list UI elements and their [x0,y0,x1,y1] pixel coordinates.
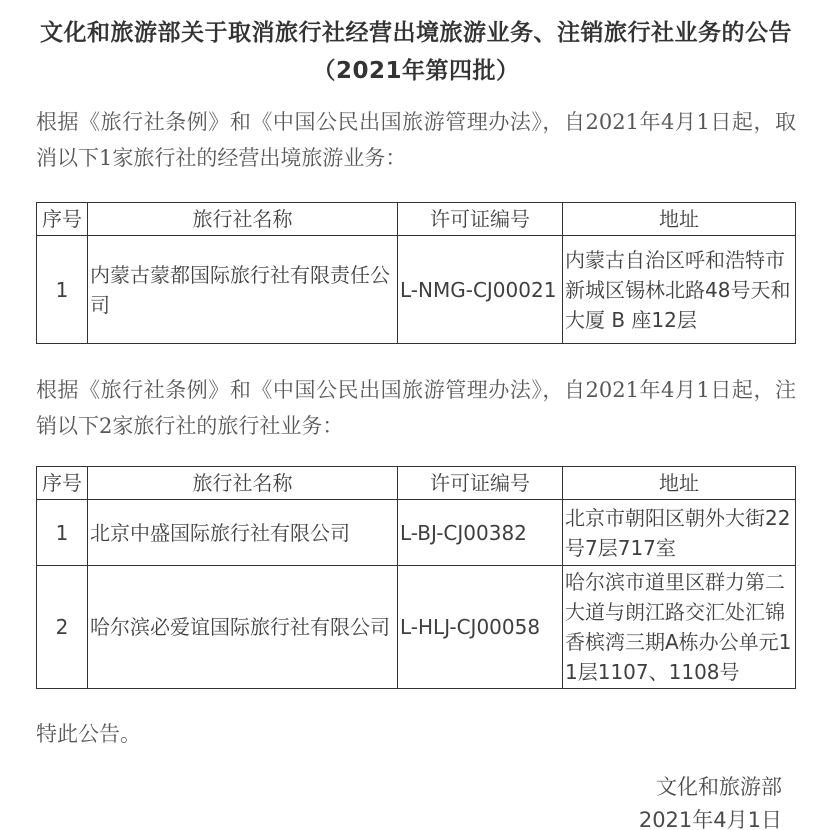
cell-agency-name: 北京中盛国际旅行社有限公司 [88,500,398,566]
paragraph-deregister-intro: 根据《旅行社条例》和《中国公民出国旅游管理办法》，自2021年4月1日起，注销以… [36,372,796,444]
cell-license-no: L-NMG-CJ00021 [398,236,563,344]
deregister-table: 序号 旅行社名称 许可证编号 地址 1 北京中盛国际旅行社有限公司 L-BJ-C… [36,466,796,689]
header-cell-address: 地址 [563,203,796,236]
page-title: 文化和旅游部关于取消旅行社经营出境旅游业务、注销旅行社业务的公告（2021年第四… [36,14,796,90]
signature-date: 2021年4月1日 [36,804,782,830]
header-cell-agency-name: 旅行社名称 [88,467,398,500]
table-row: 1 北京中盛国际旅行社有限公司 L-BJ-CJ00382 北京市朝阳区朝外大街2… [37,500,796,566]
cell-license-no: L-HLJ-CJ00058 [398,566,563,689]
header-cell-index: 序号 [37,203,88,236]
signature-issuer: 文化和旅游部 [36,771,782,804]
header-cell-license-no: 许可证编号 [398,203,563,236]
announcement-document: 文化和旅游部关于取消旅行社经营出境旅游业务、注销旅行社业务的公告（2021年第四… [0,0,820,830]
cell-index: 2 [37,566,88,689]
cell-index: 1 [37,500,88,566]
header-cell-address: 地址 [563,467,796,500]
cell-address: 北京市朝阳区朝外大街22号7层717室 [563,500,796,566]
cell-address: 内蒙古自治区呼和浩特市新城区锡林北路48号天和大厦 B 座12层 [563,236,796,344]
signature-block: 文化和旅游部 2021年4月1日 [36,771,796,830]
table-row: 1 内蒙古蒙都国际旅行社有限责任公司 L-NMG-CJ00021 内蒙古自治区呼… [37,236,796,344]
header-cell-agency-name: 旅行社名称 [88,203,398,236]
header-cell-license-no: 许可证编号 [398,467,563,500]
cell-agency-name: 内蒙古蒙都国际旅行社有限责任公司 [88,236,398,344]
paragraph-cancel-intro: 根据《旅行社条例》和《中国公民出国旅游管理办法》，自2021年4月1日起，取消以… [36,104,796,176]
deregister-table-header-row: 序号 旅行社名称 许可证编号 地址 [37,467,796,500]
cell-license-no: L-BJ-CJ00382 [398,500,563,566]
cell-agency-name: 哈尔滨必爱谊国际旅行社有限公司 [88,566,398,689]
cell-address: 哈尔滨市道里区群力第二大道与朗江路交汇处汇锦香槟湾三期A栋办公单元11层1107… [563,566,796,689]
header-cell-index: 序号 [37,467,88,500]
closing-statement: 特此公告。 [36,719,796,749]
cancel-table-header-row: 序号 旅行社名称 许可证编号 地址 [37,203,796,236]
cell-index: 1 [37,236,88,344]
table-row: 2 哈尔滨必爱谊国际旅行社有限公司 L-HLJ-CJ00058 哈尔滨市道里区群… [37,566,796,689]
cancel-table: 序号 旅行社名称 许可证编号 地址 1 内蒙古蒙都国际旅行社有限责任公司 L-N… [36,202,796,344]
